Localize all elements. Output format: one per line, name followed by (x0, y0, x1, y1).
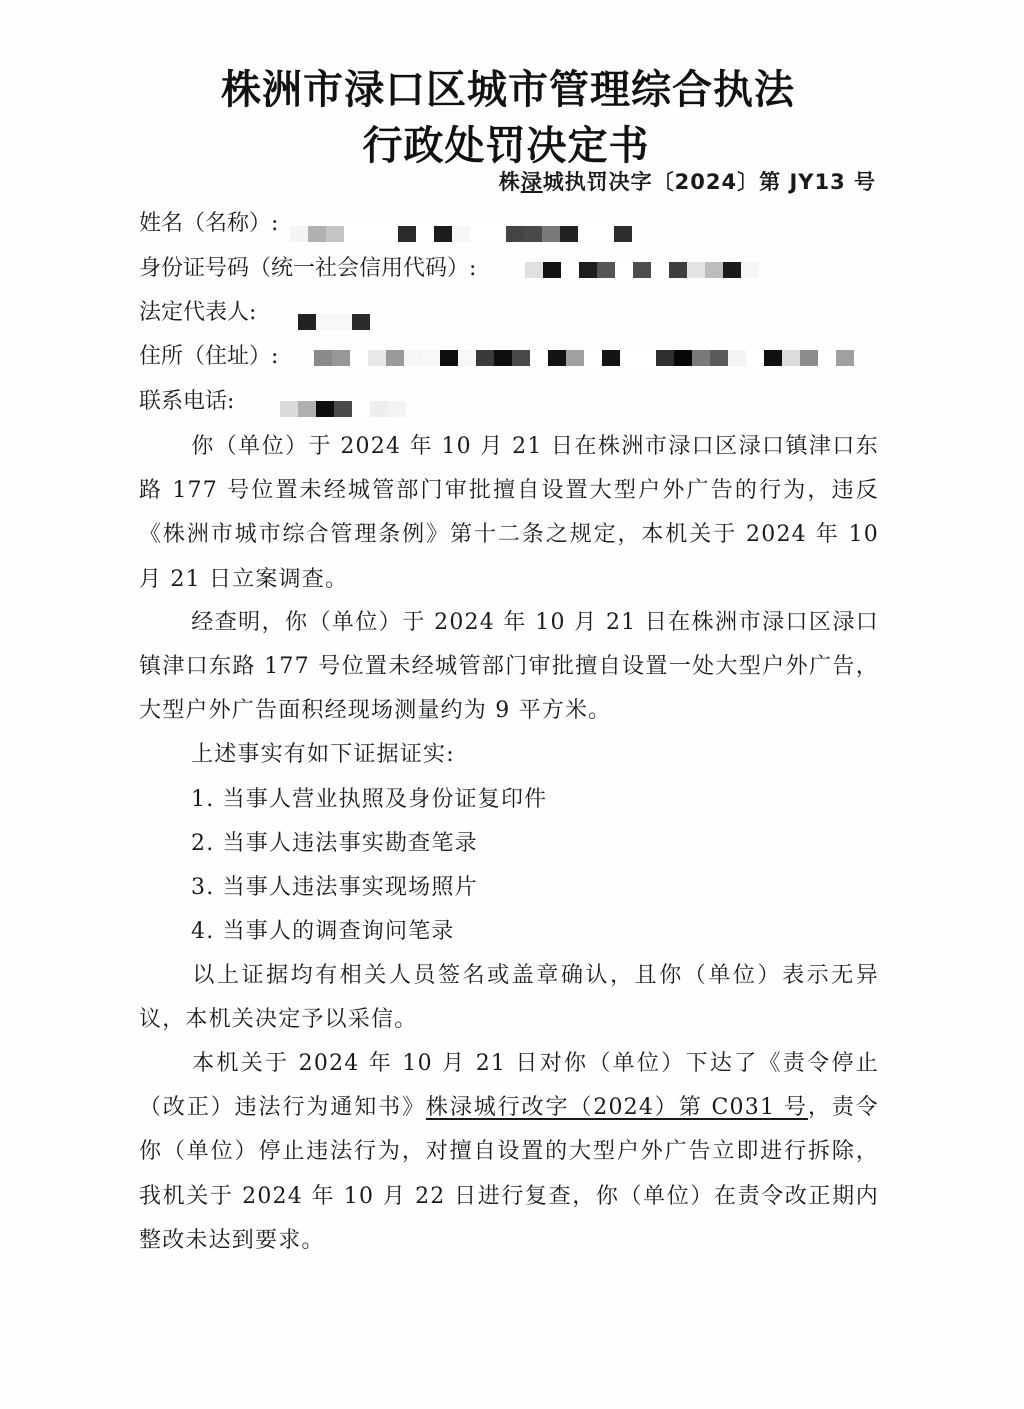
redaction-pixel (350, 350, 368, 366)
redaction-pixel (638, 350, 656, 366)
field-legal-representative: 法定代表人: (139, 296, 256, 330)
paragraph-evidence-acceptance-text: 以上证据均有相关人员签名或盖章确认，且你（单位）表示无异议，本机关决定予以采信。 (139, 963, 879, 1032)
redaction-pixel (308, 226, 326, 242)
redaction-pixel (380, 226, 398, 242)
rectification-notice-number: 株渌城行改字（2024）第 C031 号 (426, 1095, 808, 1120)
redaction-pixel (416, 226, 434, 242)
redaction-pixel (524, 226, 542, 242)
redaction-pixel (298, 314, 316, 330)
redaction-pixel (543, 262, 561, 278)
redaction-pixel (764, 350, 782, 366)
redaction-pixel (314, 350, 332, 366)
redaction-pixel (741, 262, 759, 278)
paragraph-rectification-order: 本机关于 2024 年 10 月 21 日对你（单位）下达了《责令停止（改正）违… (139, 1042, 879, 1263)
paragraph-evidence-acceptance: 以上证据均有相关人员签名或盖章确认，且你（单位）表示无异议，本机关决定予以采信。 (139, 954, 879, 1042)
redaction-pixel (422, 350, 440, 366)
document-page: 株洲市渌口区城市管理综合执法 行政处罚决定书 株渌城执罚决字〔2024〕第 JY… (0, 0, 1024, 1409)
redaction-pixel (332, 350, 350, 366)
redaction-pixel (548, 350, 566, 366)
doc-number-prefix: 株 (499, 170, 521, 194)
doc-number-underlined-char: 渌 (521, 170, 543, 194)
redaction-pixel (488, 226, 506, 242)
redaction-pixel (692, 350, 710, 366)
redaction-pixel (687, 262, 705, 278)
redaction-pixel (800, 350, 818, 366)
redacted-address (314, 350, 854, 366)
redaction-pixel (710, 350, 728, 366)
redaction-pixel (398, 226, 416, 242)
redaction-pixel (723, 262, 741, 278)
redaction-pixel (614, 226, 632, 242)
redaction-pixel (470, 226, 488, 242)
redaction-pixel (298, 401, 316, 417)
redaction-pixel (326, 226, 344, 242)
redaction-pixel (388, 401, 406, 417)
redaction-pixel (368, 350, 386, 366)
redaction-pixel (615, 262, 633, 278)
redaction-pixel (386, 350, 404, 366)
redaction-pixel (651, 262, 669, 278)
redaction-pixel (334, 314, 352, 330)
redaction-pixel (633, 262, 651, 278)
redaction-pixel (674, 350, 692, 366)
redaction-pixel (584, 350, 602, 366)
field-id-label: 身份证号码（统一社会信用代码）: (139, 252, 476, 286)
redaction-pixel (362, 226, 380, 242)
redaction-pixel (494, 350, 512, 366)
field-name: 姓名（名称）: (139, 207, 278, 241)
redaction-pixel (440, 350, 458, 366)
redaction-pixel (579, 262, 597, 278)
document-number: 株渌城执罚决字〔2024〕第 JY13 号 (499, 166, 876, 196)
redacted-legal-representative (298, 314, 370, 330)
doc-number-suffix: 城执罚决字〔2024〕第 JY13 号 (543, 170, 876, 194)
redaction-pixel (458, 350, 476, 366)
paragraph-findings-text: 经查明，你（单位）于 2024 年 10 月 21 日在株洲市渌口区渌口镇津口东… (139, 610, 879, 723)
redaction-pixel (316, 314, 334, 330)
redaction-pixel (344, 226, 362, 242)
redaction-pixel (512, 350, 530, 366)
field-name-label: 姓名（名称）: (139, 207, 278, 241)
field-address-label: 住所（住址）: (139, 340, 278, 374)
evidence-item: 3. 当事人违法事实现场照片 (191, 871, 478, 905)
paragraph-case-filing-text: 你（单位）于 2024 年 10 月 21 日在株洲市渌口区渌口镇津口东路 17… (139, 434, 879, 592)
field-id-number: 身份证号码（统一社会信用代码）: (139, 252, 476, 286)
redaction-pixel (596, 226, 614, 242)
evidence-item: 4. 当事人的调查询问笔录 (191, 915, 455, 949)
evidence-item: 1. 当事人营业执照及身份证复印件 (191, 783, 547, 817)
redacted-name (290, 226, 632, 242)
paragraph-case-filing: 你（单位）于 2024 年 10 月 21 日在株洲市渌口区渌口镇津口东路 17… (139, 425, 879, 602)
redaction-pixel (530, 350, 548, 366)
field-phone-label: 联系电话: (139, 385, 234, 419)
redaction-pixel (542, 226, 560, 242)
redaction-pixel (818, 350, 836, 366)
redacted-phone (280, 401, 406, 417)
redaction-pixel (705, 262, 723, 278)
field-legal-rep-label: 法定代表人: (139, 296, 256, 330)
redaction-pixel (782, 350, 800, 366)
redaction-pixel (669, 262, 687, 278)
evidence-item: 2. 当事人违法事实勘查笔录 (191, 827, 478, 861)
redacted-id-number (525, 262, 759, 278)
redaction-pixel (561, 262, 579, 278)
redaction-pixel (525, 262, 543, 278)
evidence-intro: 上述事实有如下证据证实: (191, 738, 455, 772)
redaction-pixel (352, 401, 370, 417)
redaction-pixel (566, 350, 584, 366)
redaction-pixel (290, 226, 308, 242)
field-phone: 联系电话: (139, 385, 234, 419)
redaction-pixel (597, 262, 615, 278)
redaction-pixel (560, 226, 578, 242)
redaction-pixel (476, 350, 494, 366)
redaction-pixel (656, 350, 674, 366)
redaction-pixel (602, 350, 620, 366)
field-address: 住所（住址）: (139, 340, 278, 374)
redaction-pixel (578, 226, 596, 242)
redaction-pixel (334, 401, 352, 417)
redaction-pixel (452, 226, 470, 242)
document-title-type: 行政处罚决定书 (0, 114, 1018, 171)
redaction-pixel (728, 350, 746, 366)
redaction-pixel (620, 350, 638, 366)
redaction-pixel (316, 401, 334, 417)
redaction-pixel (280, 401, 298, 417)
redaction-pixel (746, 350, 764, 366)
redaction-pixel (404, 350, 422, 366)
redaction-pixel (434, 226, 452, 242)
redaction-pixel (836, 350, 854, 366)
paragraph-findings: 经查明，你（单位）于 2024 年 10 月 21 日在株洲市渌口区渌口镇津口东… (139, 601, 879, 734)
redaction-pixel (370, 401, 388, 417)
redaction-pixel (352, 314, 370, 330)
redaction-pixel (506, 226, 524, 242)
document-title-agency: 株洲市渌口区城市管理综合执法 (0, 58, 1020, 115)
